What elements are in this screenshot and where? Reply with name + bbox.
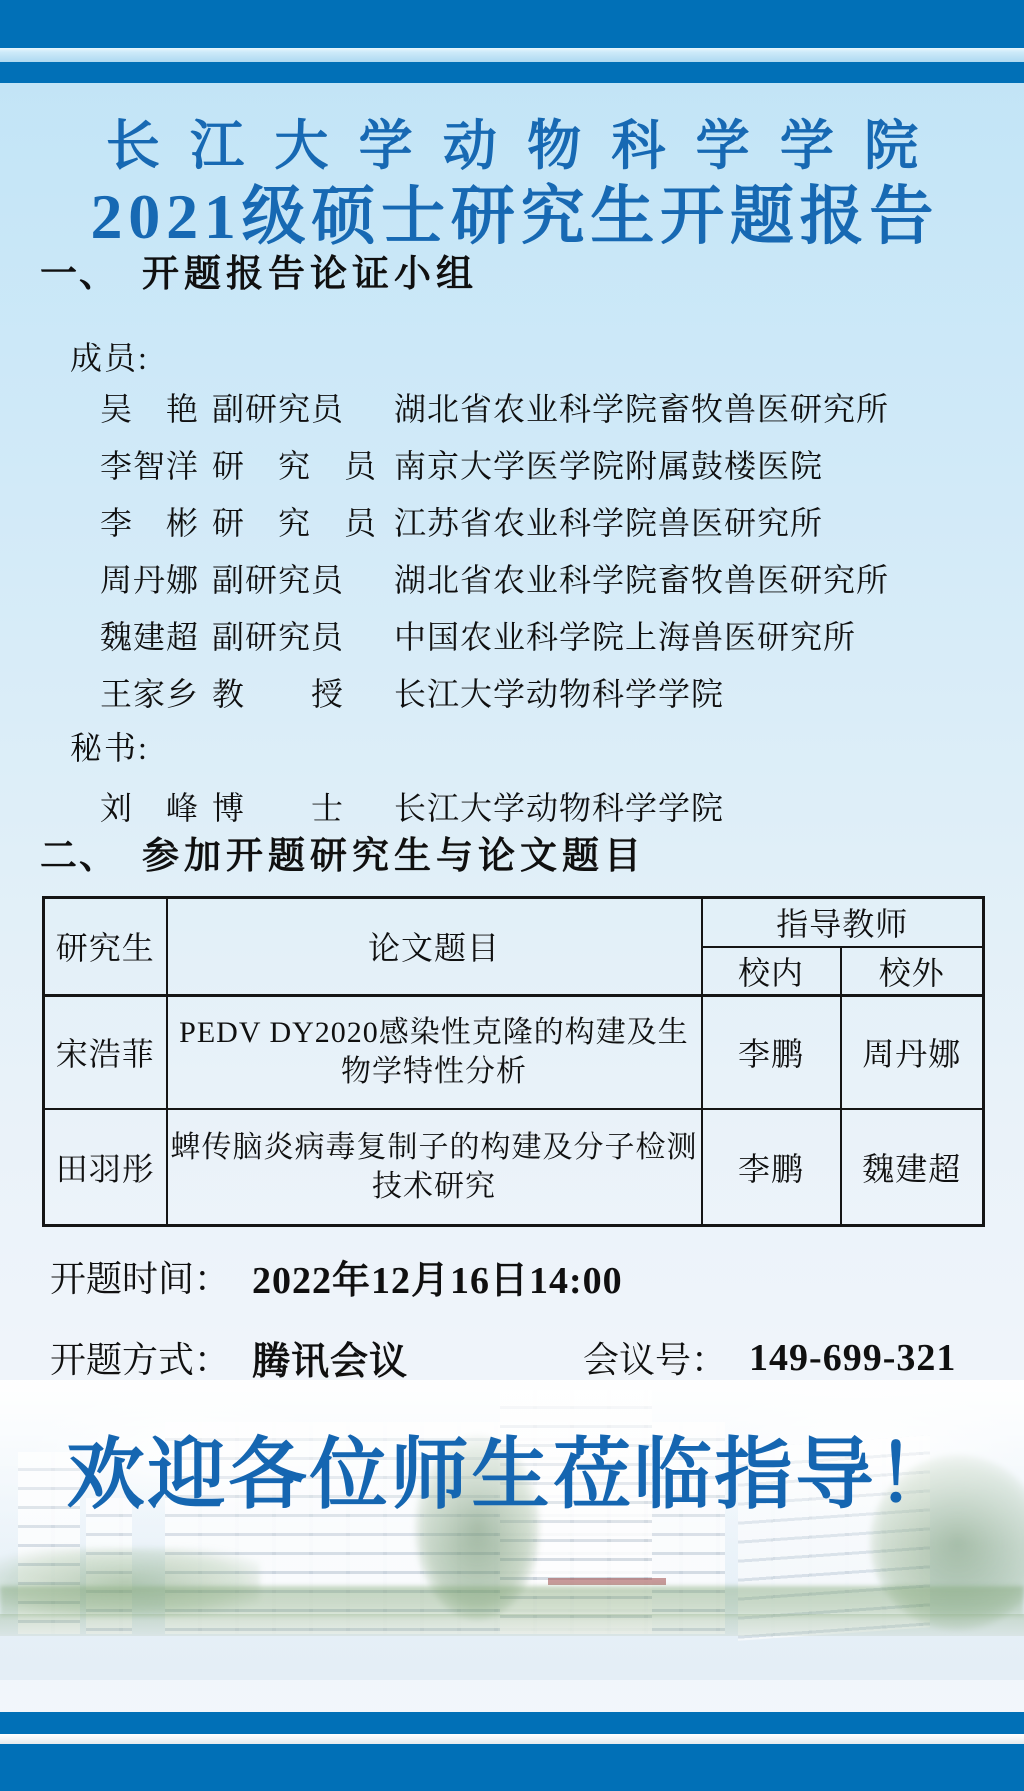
meeting-id-label: 会议号： <box>583 1332 727 1383</box>
top-band-primary <box>0 0 1024 48</box>
thesis-title: PEDV DY2020感染性克隆的构建及生物学特性分析 <box>167 995 702 1109</box>
title-line-1: 长江大学动物科学学院 <box>0 115 1024 178</box>
advisor-external: 周丹娜 <box>841 995 984 1109</box>
photo-fade-overlay <box>0 1380 1024 1680</box>
section2-heading: 二、 参加开题研究生与论文题目 <box>40 834 984 880</box>
section2-title: 参加开题研究生与论文题目 <box>142 834 646 880</box>
advisor-external: 魏建超 <box>841 1109 984 1225</box>
bottom-band-stripe <box>0 1734 1024 1744</box>
defense-time-label: 开题时间： <box>50 1251 230 1302</box>
defense-time-line: 开题时间： 2022年12月16日14:00 <box>40 1255 984 1299</box>
member-name: 魏建超 <box>100 612 212 658</box>
secretary-label: 秘书: <box>40 720 984 777</box>
student-name: 田羽彤 <box>44 1109 167 1225</box>
member-title: 副研究员 <box>212 555 394 601</box>
title-line-2: 2021级硕士研究生开题报告 <box>0 182 1024 252</box>
advisor-internal: 李鹏 <box>702 995 841 1109</box>
meeting-id-value: 149-699-321 <box>749 1336 956 1380</box>
advisor-internal: 李鹏 <box>702 1109 841 1225</box>
section1-title: 开题报告论证小组 <box>142 252 478 298</box>
member-title: 研 究 员 <box>212 498 394 544</box>
poster-root: 长江大学动物科学学院 2021级硕士研究生开题报告 一、 开题报告论证小组 成员… <box>0 0 1024 1791</box>
member-org: 南京大学医学院附属鼓楼医院 <box>394 441 984 487</box>
top-band-secondary <box>0 62 1024 83</box>
member-org: 湖北省农业科学院畜牧兽医研究所 <box>394 555 984 601</box>
secretary-row: 刘 峰 博 士 长江大学动物科学学院 <box>40 777 984 834</box>
member-title: 研 究 员 <box>212 441 394 487</box>
member-row: 李智洋 研 究 员 南京大学医学院附属鼓楼医院 <box>40 435 984 492</box>
bottom-band-secondary <box>0 1744 1024 1791</box>
defense-method-value: 腾讯会议 <box>252 1330 408 1385</box>
member-row: 李 彬 研 究 员 江苏省农业科学院兽医研究所 <box>40 492 984 549</box>
col-header-external: 校外 <box>841 947 984 996</box>
students-table: 研究生 论文题目 指导教师 校内 校外 宋浩菲 PEDV DY2020感染性克隆… <box>42 896 985 1227</box>
col-header-advisor: 指导教师 <box>702 898 984 947</box>
member-title: 副研究员 <box>212 384 394 430</box>
member-row: 魏建超 副研究员 中国农业科学院上海兽医研究所 <box>40 606 984 663</box>
meeting-id-group: 会议号： 149-699-321 <box>583 1332 956 1383</box>
member-name: 王家乡 <box>100 669 212 715</box>
member-row: 王家乡 教 授 长江大学动物科学学院 <box>40 663 984 720</box>
col-header-internal: 校内 <box>702 947 841 996</box>
welcome-text: 欢迎各位师生莅临指导！ <box>0 1436 1024 1514</box>
defense-method-line: 开题方式： 腾讯会议 会议号： 149-699-321 <box>40 1336 984 1380</box>
table-row: 田羽彤 蜱传脑炎病毒复制子的构建及分子检测技术研究 李鹏 魏建超 <box>44 1109 984 1225</box>
member-title: 副研究员 <box>212 612 394 658</box>
campus-photo: 欢迎各位师生莅临指导！ <box>0 1380 1024 1680</box>
section1-heading: 一、 开题报告论证小组 <box>40 252 984 298</box>
poster-content: 一、 开题报告论证小组 成员: 吴 艳 副研究员 湖北省农业科学院畜牧兽医研究所… <box>0 252 1024 1380</box>
secretary-org: 长江大学动物科学学院 <box>394 783 984 829</box>
defense-method-label: 开题方式： <box>50 1332 230 1383</box>
bottom-bands <box>0 1712 1024 1791</box>
section2-number: 二、 <box>40 834 118 880</box>
student-name: 宋浩菲 <box>44 995 167 1109</box>
col-header-student: 研究生 <box>44 898 167 996</box>
members-list: 吴 艳 副研究员 湖北省农业科学院畜牧兽医研究所 李智洋 研 究 员 南京大学医… <box>40 378 984 720</box>
secretary-title: 博 士 <box>212 783 394 829</box>
bottom-band-primary <box>0 1712 1024 1734</box>
thesis-title: 蜱传脑炎病毒复制子的构建及分子检测技术研究 <box>167 1109 702 1225</box>
col-header-thesis: 论文题目 <box>167 898 702 996</box>
member-org: 中国农业科学院上海兽医研究所 <box>394 612 984 658</box>
member-name: 李 彬 <box>100 498 212 544</box>
member-title: 教 授 <box>212 669 394 715</box>
member-row: 吴 艳 副研究员 湖北省农业科学院畜牧兽医研究所 <box>40 378 984 435</box>
member-name: 周丹娜 <box>100 555 212 601</box>
secretary-name: 刘 峰 <box>100 783 212 829</box>
member-name: 吴 艳 <box>100 384 212 430</box>
member-row: 周丹娜 副研究员 湖北省农业科学院畜牧兽医研究所 <box>40 549 984 606</box>
member-org: 长江大学动物科学学院 <box>394 669 984 715</box>
member-org: 江苏省农业科学院兽医研究所 <box>394 498 984 544</box>
top-band-stripe <box>0 48 1024 62</box>
section1-number: 一、 <box>40 252 118 298</box>
poster-title: 长江大学动物科学学院 2021级硕士研究生开题报告 <box>0 83 1024 252</box>
students-table-wrap: 研究生 论文题目 指导教师 校内 校外 宋浩菲 PEDV DY2020感染性克隆… <box>40 896 984 1227</box>
members-label: 成员: <box>40 338 984 378</box>
member-name: 李智洋 <box>100 441 212 487</box>
table-row: 宋浩菲 PEDV DY2020感染性克隆的构建及生物学特性分析 李鹏 周丹娜 <box>44 995 984 1109</box>
defense-time-value: 2022年12月16日14:00 <box>252 1249 623 1304</box>
member-org: 湖北省农业科学院畜牧兽医研究所 <box>394 384 984 430</box>
